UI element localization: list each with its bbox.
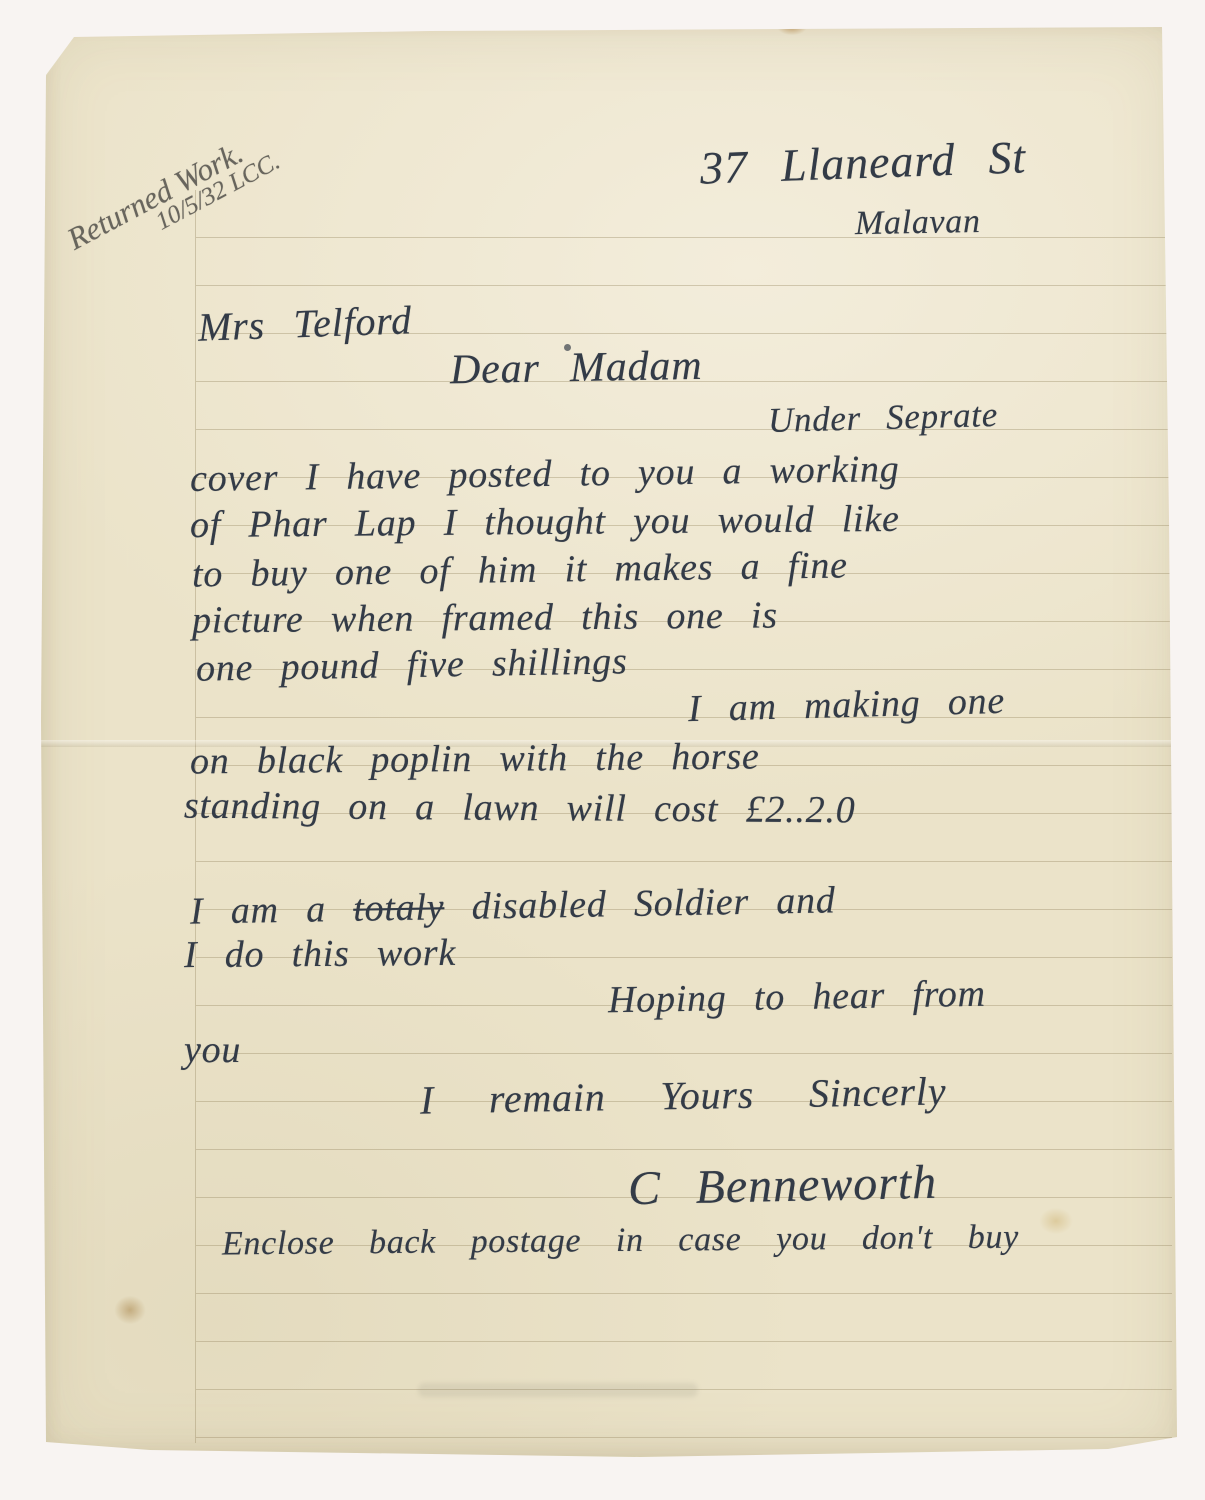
letter-paper: Returned Work. 10/5/32 LCC. 37 Llaneard … <box>0 0 1205 1500</box>
body-paragraph2-line-2: standing on a lawn will cost £2..2.0 <box>184 784 856 833</box>
closing-line-1: Hoping to hear from <box>608 972 987 1023</box>
scan-background: Returned Work. 10/5/32 LCC. 37 Llaneard … <box>0 0 1205 1500</box>
body-paragraph3-line-2: I do this work <box>184 931 456 977</box>
signature: C Benneworth <box>627 1155 937 1216</box>
postscript-line: Enclose back postage in case you don't b… <box>222 1219 1019 1264</box>
stain <box>772 16 812 38</box>
body-paragraph1-line-4: picture when framed this one is <box>192 593 778 642</box>
opening-phrase: Under Seprate <box>768 395 999 441</box>
paragraph3-pre: I am a <box>190 888 327 932</box>
struck-word: totaly <box>353 886 445 930</box>
sender-address-line-2: Malavan <box>855 203 981 243</box>
ink-smudge <box>418 1383 698 1397</box>
body-paragraph2-lead: I am making one <box>687 679 1005 731</box>
body-paragraph1-line-2: of Phar Lap I thought you would like <box>190 497 900 547</box>
stain <box>1032 1202 1080 1240</box>
recipient-name: Mrs Telford <box>197 296 412 350</box>
valediction: I remain Yours Sincerly <box>420 1067 947 1123</box>
body-paragraph2-line-1: on black poplin with the horse <box>190 735 760 784</box>
closing-line-2: you <box>184 1028 241 1072</box>
body-paragraph1-line-3: to buy one of him it makes a fine <box>192 543 848 596</box>
salutation: Dear Madam <box>450 342 703 394</box>
body-paragraph1-line-5: one pound five shillings <box>196 639 628 691</box>
paragraph3-post: disabled Soldier and <box>471 879 836 927</box>
stain <box>108 1290 152 1330</box>
